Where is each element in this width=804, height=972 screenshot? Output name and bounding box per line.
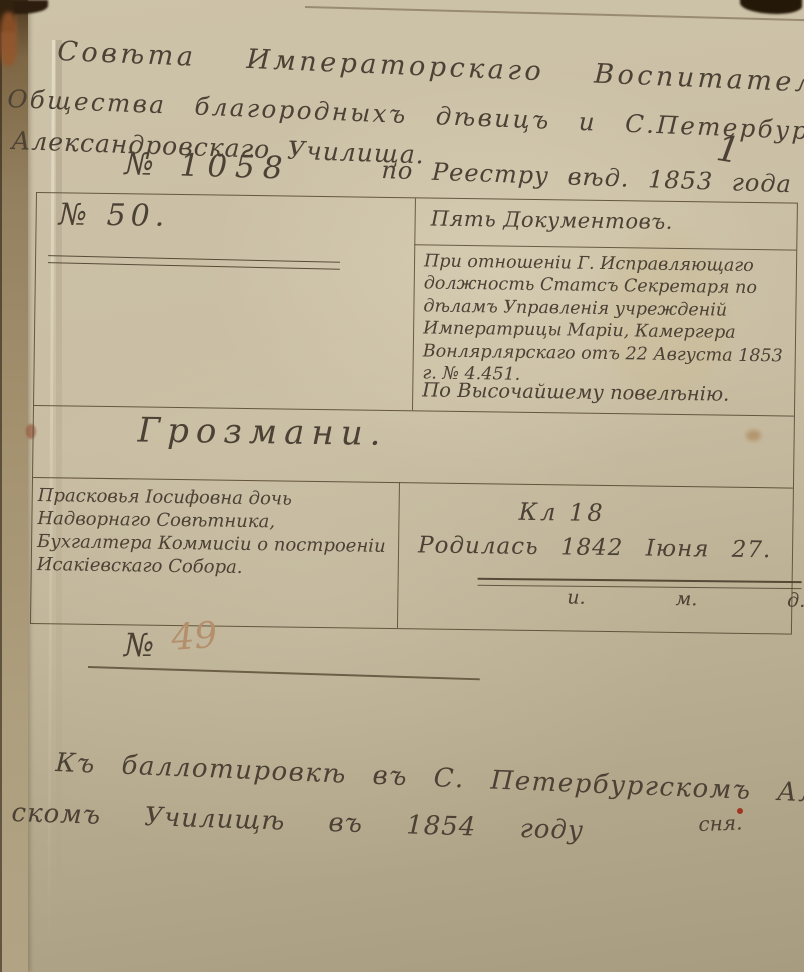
number-underline <box>88 666 480 680</box>
documents-count: Пять Документовъ. <box>431 207 674 234</box>
underlying-page-edge <box>305 6 804 21</box>
imperial-order-note: По Высочайшему повелѣнію. <box>422 378 729 405</box>
table-column-divider <box>397 482 400 628</box>
table-column-divider <box>412 198 416 410</box>
class-number: Кл 18 <box>518 498 605 527</box>
record-table: № 50. Пять Документовъ. При отношеніи Г.… <box>30 192 798 635</box>
clerk-initial: и. <box>567 586 586 608</box>
birth-date-note: Родилась 1842 Іюня 27. <box>418 532 772 563</box>
clerk-initial: м. <box>675 588 697 610</box>
clerk-initial: д. <box>787 590 804 612</box>
pencil-number: 49 <box>170 615 219 659</box>
clerk-initials: и. м. д. <box>567 586 804 611</box>
reference-note: При отношеніи Г. Исправляющаго должность… <box>422 250 792 389</box>
case-number: № 50. <box>58 197 169 234</box>
document-photo: 1 Совѣта Императорскаго Воспитательнаго … <box>0 0 804 972</box>
table-row-line <box>414 244 796 250</box>
footer-line-2: скомъ Училищѣ въ 1854 году <box>11 798 584 846</box>
footer-annotation: сня. <box>698 810 743 836</box>
number-sign: № <box>124 626 154 664</box>
pupil-surname: Грозмани. <box>137 410 387 453</box>
case-number-underline <box>48 255 340 270</box>
document-number: № 1058 <box>124 146 291 187</box>
pupil-description: Прасковья Іосифовна дочь Надворнаго Совѣ… <box>37 484 392 581</box>
top-right-corner-shadow <box>740 0 802 14</box>
rust-stain <box>0 12 17 66</box>
red-ink-dot <box>737 808 743 814</box>
